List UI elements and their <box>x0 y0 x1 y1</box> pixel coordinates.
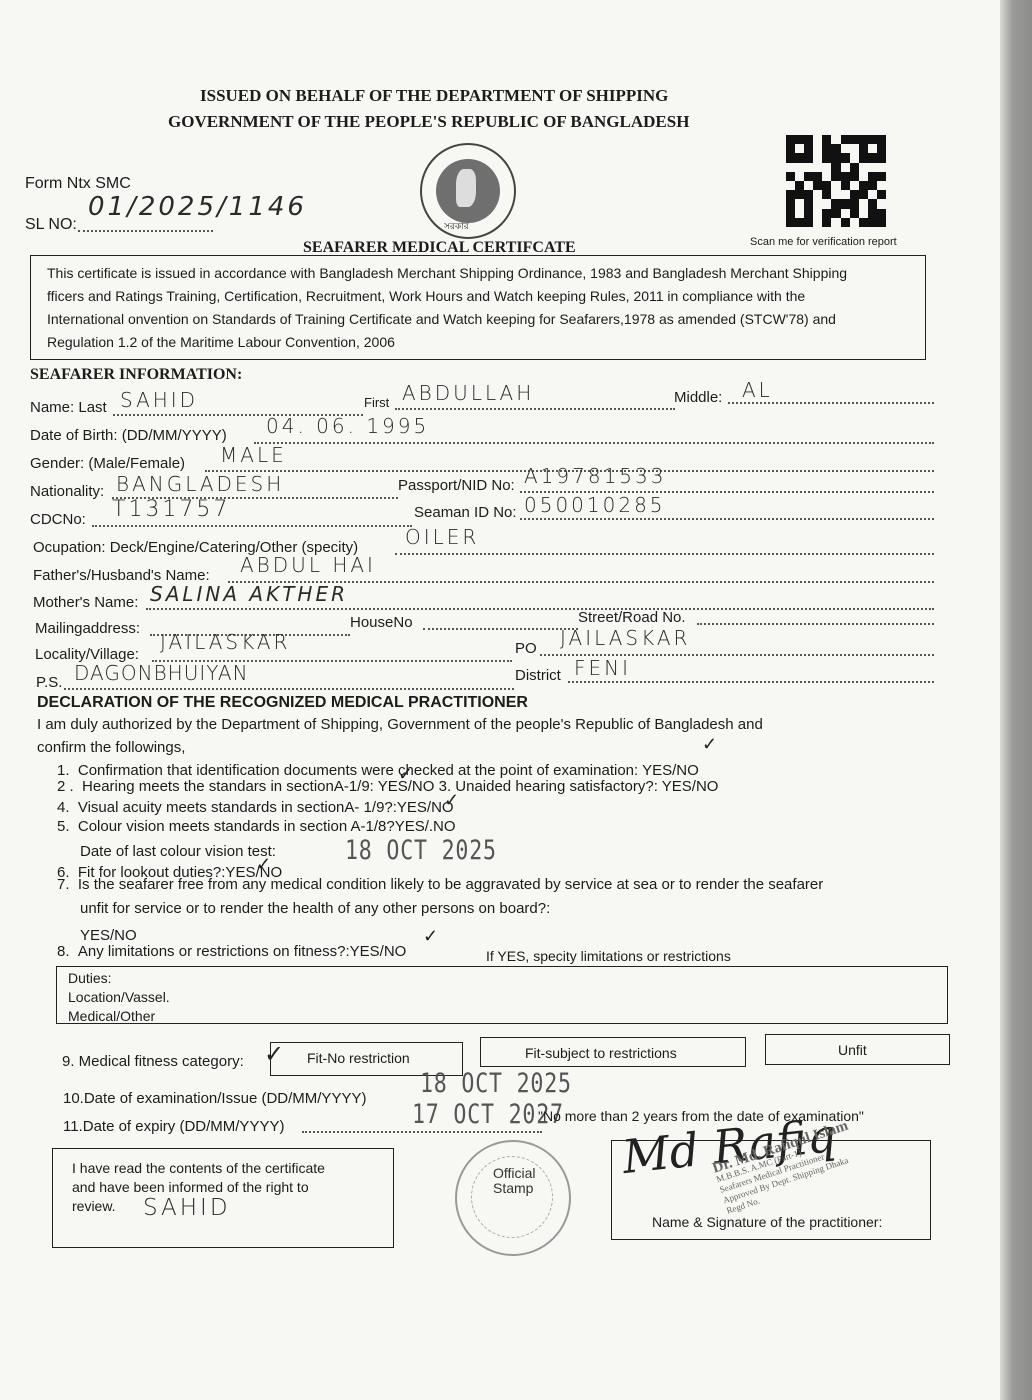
sl-no-label: SL NO: <box>25 216 77 234</box>
middle-name-value: AL <box>742 378 773 402</box>
acknowledgement-box: I have read the contents of the certific… <box>52 1148 394 1248</box>
exam-date-stamp: 18 OCT 2025 <box>420 1068 572 1099</box>
exam-date-label: 10.Date of examination/Issue (DD/MM/YYYY… <box>63 1090 366 1107</box>
intro-box: This certificate is issued in accordance… <box>30 255 926 360</box>
qr-caption: Scan me for verification report <box>750 236 897 248</box>
expiry-date-label: 11.Date of expiry (DD/MM/YYYY) <box>63 1118 284 1135</box>
seafarer-info-heading: SEAFARER INFORMATION: <box>30 366 242 384</box>
header-line-1: ISSUED ON BEHALF OF THE DEPARTMENT OF SH… <box>200 86 668 106</box>
certificate-page: ISSUED ON BEHALF OF THE DEPARTMENT OF SH… <box>0 0 1000 1400</box>
limitations-caption: If YES, specity limitations or restricti… <box>486 948 731 964</box>
seaman-id-value: 050010285 <box>524 493 666 517</box>
gender-value: MALE <box>220 443 287 467</box>
scan-edge-shadow <box>1000 0 1032 1400</box>
intro-text: This certificate is issued in accordance… <box>47 262 847 354</box>
seafarer-signature: SAHID <box>143 1195 231 1221</box>
po-value: JAILASKAR <box>560 626 690 650</box>
verification-qr-code[interactable] <box>786 135 886 227</box>
colour-test-label: Date of last colour vision test: <box>80 843 276 860</box>
fitness-option-fit-subject-restrictions[interactable]: Fit-subject to restrictions <box>480 1037 746 1067</box>
declaration-item-2: 2 . Hearing meets the standars in sectio… <box>57 778 718 795</box>
check-mark-icon: ✓ <box>256 854 271 875</box>
first-name-value: ABDULLAH <box>402 381 534 405</box>
last-name-value: SAHID <box>120 388 198 412</box>
check-mark-icon: ✓ <box>398 764 413 785</box>
district-value: FENI <box>574 656 631 680</box>
header-line-2: GOVERNMENT OF THE PEOPLE'S REPUBLIC OF B… <box>168 112 689 132</box>
mother-name-value: SALINA AKTHER <box>150 582 348 606</box>
limitations-box[interactable]: Duties:Location/Vassel.Medical/Other <box>56 966 948 1024</box>
nationality-value: BANGLADESH <box>116 472 284 496</box>
declaration-item-8: 8. Any limitations or restrictions on fi… <box>57 943 406 960</box>
declaration-item-4: 4. Visual acuity meets standards in sect… <box>57 799 454 816</box>
dob-value: 04. 06. 1995 <box>266 414 429 438</box>
fitness-option-unfit[interactable]: Unfit <box>765 1034 950 1065</box>
colour-test-date-stamp: 18 OCT 2025 <box>345 835 497 866</box>
official-stamp-icon: OfficialStamp <box>455 1140 571 1256</box>
declaration-item-7: 7. Is the seafarer free from any medical… <box>57 876 823 893</box>
fitness-category-label: 9. Medical fitness category: <box>62 1053 244 1070</box>
cdc-value: T131757 <box>112 497 230 522</box>
check-mark-icon: ✓ <box>444 790 459 811</box>
practitioner-signature-box: Md Rafiq Dr. Md. Rafiqul Islam M.B.B.S. … <box>611 1140 931 1240</box>
government-emblem-icon: সরকার <box>420 143 516 239</box>
passport-value: A19781533 <box>524 464 666 488</box>
form-number: Form Ntx SMC <box>25 175 131 193</box>
check-mark-icon: ✓ <box>702 734 717 755</box>
declaration-item-5: 5. Colour vision meets standards in sect… <box>57 818 456 835</box>
practitioner-caption: Name & Signature of the practitioner: <box>652 1214 882 1230</box>
occupation-value: OILER <box>405 525 479 549</box>
locality-value: JAILASKAR <box>160 630 290 654</box>
declaration-item-1: 1. Confirmation that identification docu… <box>57 762 699 779</box>
ps-value: DAGONBHUIYAN <box>74 661 249 685</box>
declaration-heading: DECLARATION OF THE RECOGNIZED MEDICAL PR… <box>37 694 528 712</box>
check-mark-icon: ✓ <box>423 926 438 947</box>
father-name-value: ABDUL HAI <box>240 553 376 577</box>
sl-no-value: 01/2025/1146 <box>88 192 307 222</box>
